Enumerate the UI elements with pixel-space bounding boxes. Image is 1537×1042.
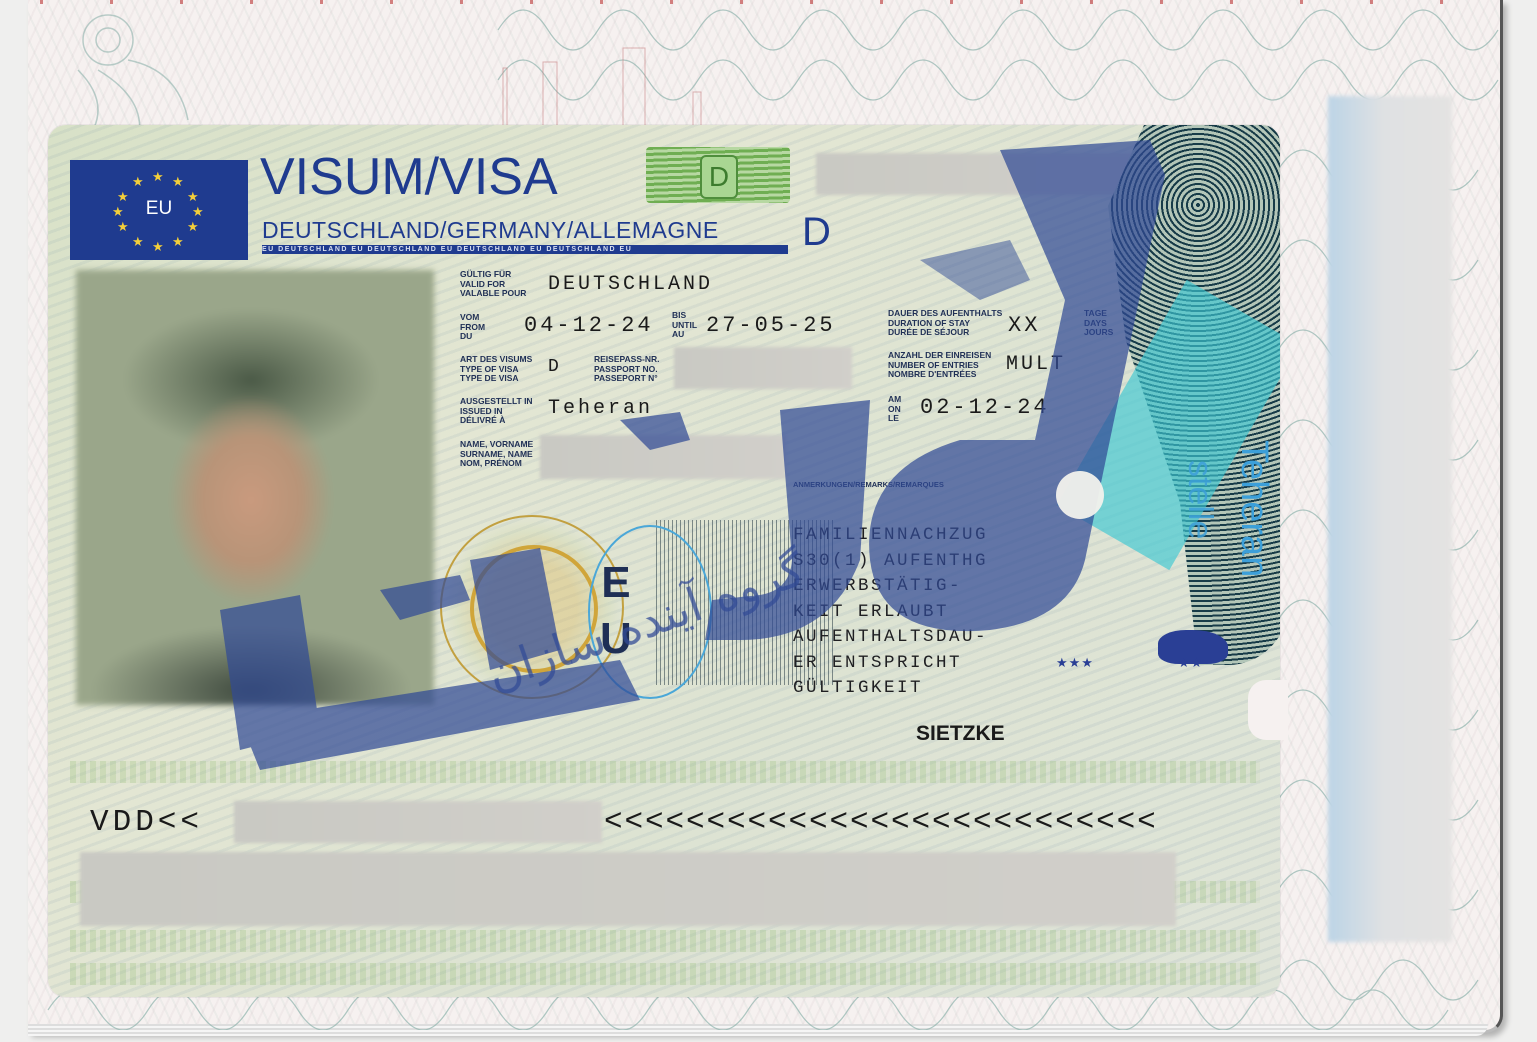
remarks-text: FAMILIENNACHZUG S30(1) AUFENTHG ERWERBST… xyxy=(793,523,988,702)
stamp-office: stelle xyxy=(1180,460,1219,539)
remarks-line: FAMILIENNACHZUG xyxy=(793,523,988,549)
microprint-band xyxy=(70,761,1260,783)
visa-title: VISUM/VISA xyxy=(260,147,558,207)
visa-sticker: ★ ★ ★ ★ ★ ★ ★ ★ ★ ★ ★ ★ EU VISUM/VISA DE… xyxy=(48,125,1280,997)
microprint-band: EU DEUTSCHLAND EU DEUTSCHLAND EU DEUTSCH… xyxy=(262,245,788,254)
holder-photo-blurred xyxy=(76,270,434,705)
remarks-line: KEIT ERLAUBT xyxy=(793,600,988,626)
entries-value: MULT xyxy=(1006,353,1066,376)
issuing-country: DEUTSCHLAND/GERMANY/ALLEMAGNE xyxy=(262,217,719,244)
issued-in-label: AUSGESTELLT IN ISSUED IN DÉLIVRÉ À xyxy=(460,397,533,426)
issued-on-label: AM ON LE xyxy=(888,395,901,424)
name-label: NAME, VORNAME SURNAME, NAME NOM, PRÉNOM xyxy=(460,440,533,469)
mrz-name-redacted xyxy=(234,801,602,843)
passport-no-redacted xyxy=(674,347,852,389)
microprint-band xyxy=(70,963,1260,985)
microprint-band xyxy=(70,930,1260,952)
until-label: BIS UNTIL AU xyxy=(672,311,697,340)
remarks-line: AUFENTHALTSDAU- xyxy=(793,625,988,651)
valid-for-value: DEUTSCHLAND xyxy=(548,273,713,296)
remarks-line: ERWERBSTÄTIG- xyxy=(793,574,988,600)
eu-flag-emblem: ★ ★ ★ ★ ★ ★ ★ ★ ★ ★ ★ ★ EU xyxy=(70,160,248,260)
sticker-notch xyxy=(1248,680,1288,740)
remarks-line: GÜLTIGKEIT xyxy=(793,676,988,702)
visa-number-redacted xyxy=(816,153,1144,195)
eu-label: EU xyxy=(70,198,248,220)
duration-label: DAUER DES AUFENTHALTS DURATION OF STAY D… xyxy=(888,309,1002,338)
name-redacted xyxy=(540,435,786,479)
country-code: D xyxy=(802,210,831,255)
green-security-print: D xyxy=(646,147,790,203)
issued-in-value: Teheran xyxy=(548,397,653,420)
security-letter: D xyxy=(700,155,738,199)
mrz-line-1-prefix: VDD<< xyxy=(90,805,203,840)
remarks-line: S30(1) AUFENTHG xyxy=(793,549,988,575)
entries-label: ANZAHL DER EINREISEN NUMBER OF ENTRIES N… xyxy=(888,351,991,380)
from-value: 04-12-24 xyxy=(524,313,654,338)
remarks-line: ER ENTSPRICHT xyxy=(793,651,988,677)
remarks-label: ANMERKUNGEN/REMARKS/REMARQUES xyxy=(793,480,944,490)
mrz-line-2-redacted xyxy=(80,852,1176,926)
stamp-city: Teheran xyxy=(1232,440,1275,577)
official-signature: SIETZKE xyxy=(916,722,1005,746)
type-of-visa-label: ART DES VISUMS TYPE OF VISA TYPE DE VISA xyxy=(460,355,532,384)
stars-icon: ★★★ xyxy=(1056,655,1094,671)
from-label: VOM FROM DU xyxy=(460,313,485,342)
type-of-visa-value: D xyxy=(548,357,562,377)
valid-for-label: GÜLTIG FÜR VALID FOR VALABLE POUR xyxy=(460,270,526,299)
duration-value: XX xyxy=(1008,313,1040,338)
stars-icon: ★★ xyxy=(1178,655,1203,671)
issued-on-value: 02-12-24 xyxy=(920,395,1050,420)
duration-unit: TAGE DAYS JOURS xyxy=(1084,309,1113,338)
until-value: 27-05-25 xyxy=(706,313,836,338)
mrz-line-1-fill: <<<<<<<<<<<<<<<<<<<<<<<<<<< xyxy=(604,805,1158,840)
passport-no-label: REISEPASS-NR. PASSPORT No. PASSEPORT N° xyxy=(594,355,660,384)
stamp-redacted xyxy=(1328,96,1452,942)
